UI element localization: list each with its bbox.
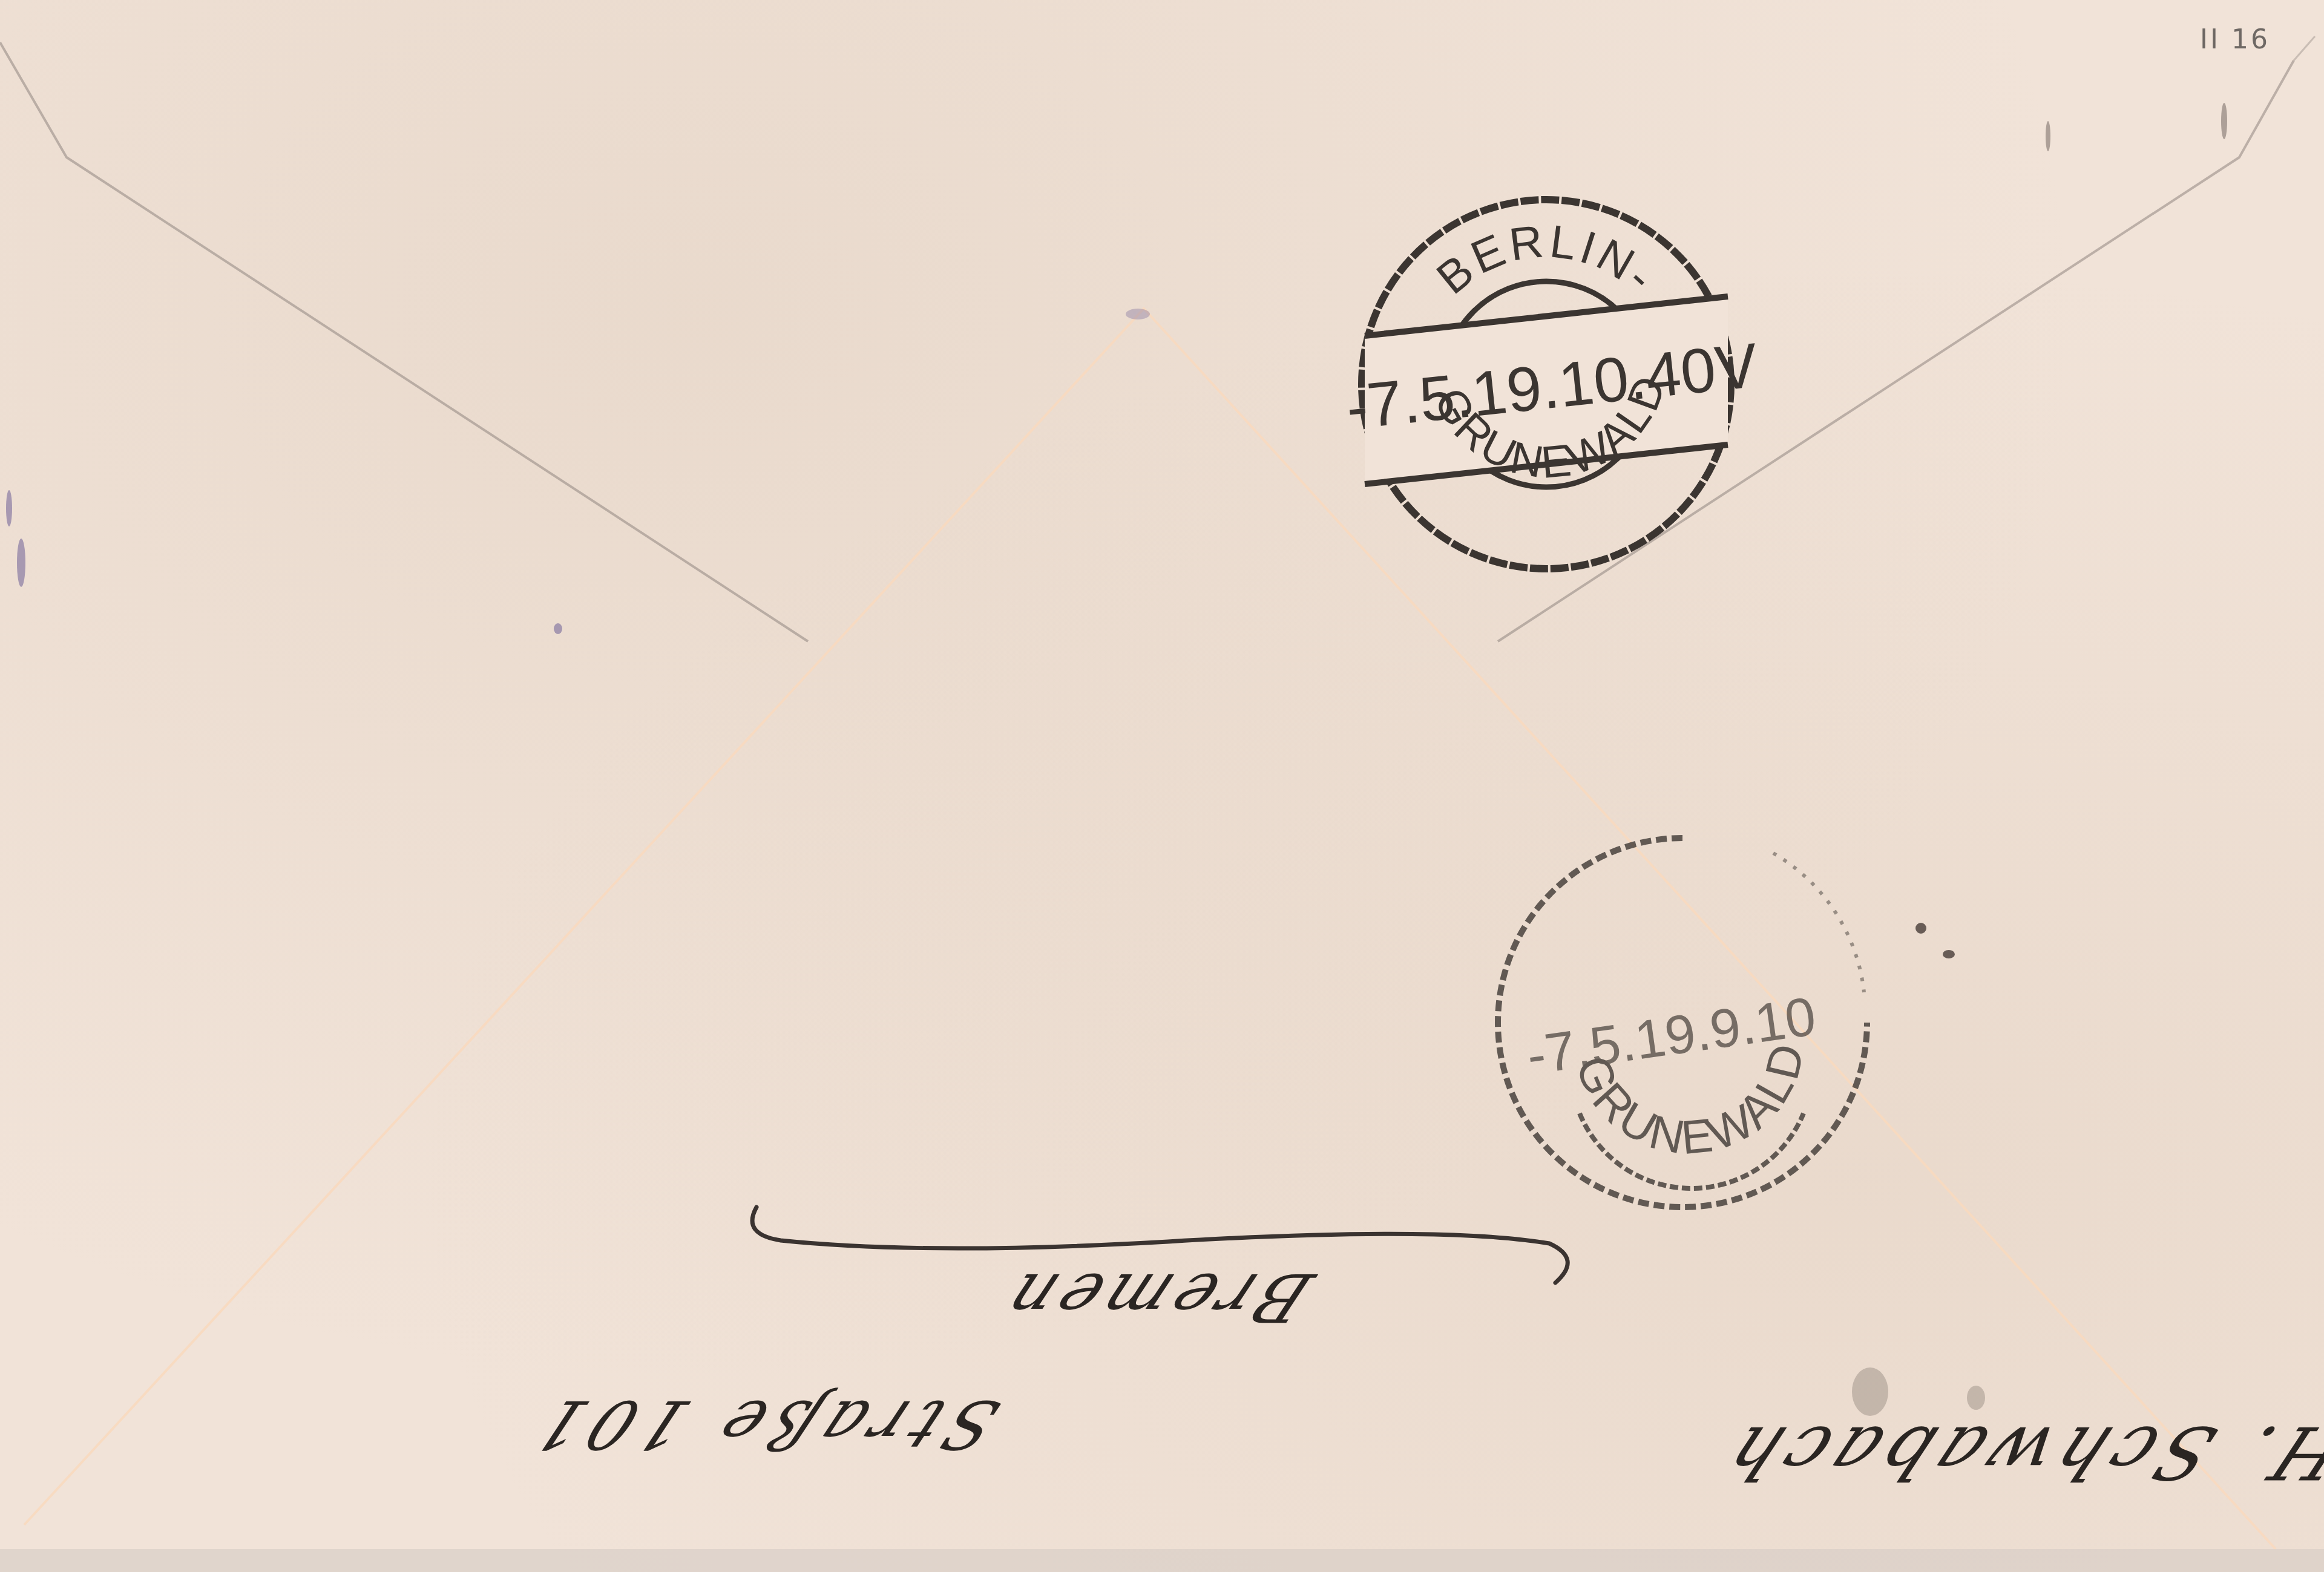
ink-speck — [2046, 121, 2050, 151]
svg-text:BERLIN-: BERLIN- — [1427, 215, 1667, 304]
envelope-flaps — [0, 0, 2324, 1572]
violet-ink-mark — [1126, 309, 1150, 319]
ink-smudge — [1967, 1386, 1985, 1410]
archival-note: II 16 — [2200, 24, 2270, 55]
postmark-berlin-grunewald-upper: BERLIN- -7.5.19.10.40V GRUNEWALD — [1353, 191, 1740, 578]
ink-speck — [1943, 950, 1955, 958]
ink-smudge — [1852, 1367, 1888, 1416]
return-address-sender: Ab: H. Schwabach — [1705, 1410, 2324, 1494]
violet-ink-mark — [6, 490, 12, 526]
postmark-top-text: BERLIN- — [1427, 215, 1667, 304]
ink-speck — [1915, 923, 1926, 934]
violet-ink-mark — [17, 539, 25, 587]
return-address-city: Bremen — [986, 1259, 1324, 1336]
envelope-back: II 16 BERLIN- -7.5.19.10.40V GRUNEWALD — [0, 0, 2324, 1572]
postmark-grunewald-lower: -7.5.19.9.10 GRUNEWALD — [1489, 829, 1876, 1216]
violet-ink-mark — [554, 623, 562, 634]
ink-speck — [2221, 103, 2227, 139]
return-address-street: Straße 101 — [514, 1386, 1011, 1463]
